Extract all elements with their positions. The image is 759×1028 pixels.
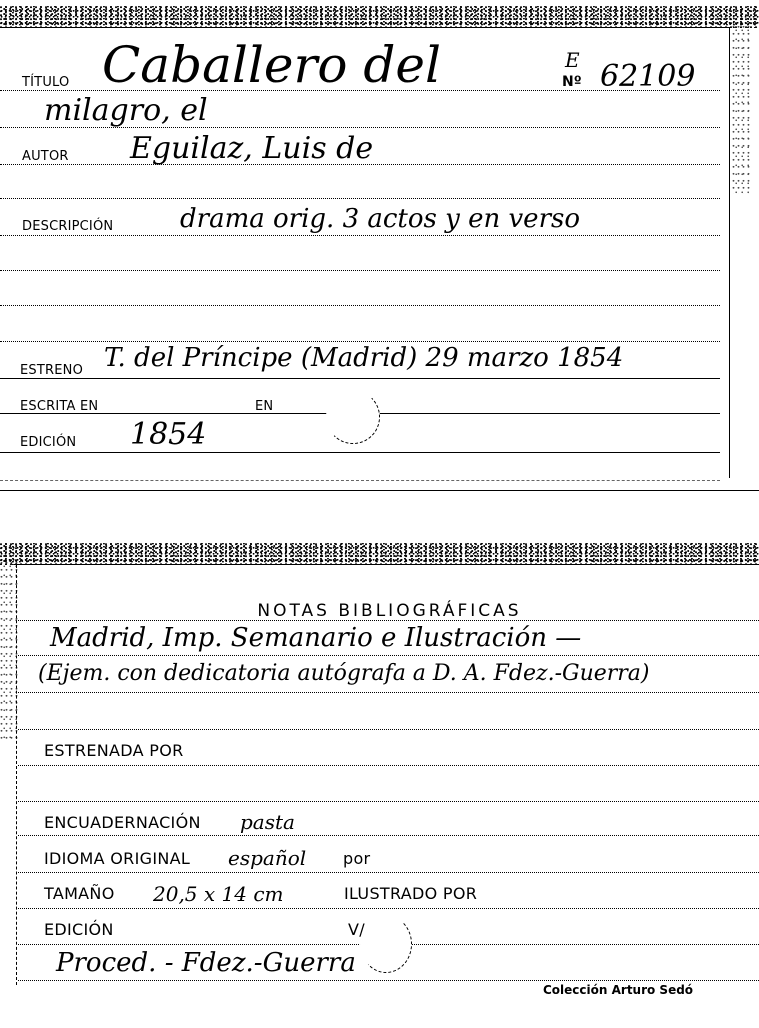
- encuadernacion-label: ENCUADERNACIÓN: [44, 815, 201, 831]
- catalog-number-value: 62109: [600, 62, 695, 92]
- en-label: EN: [255, 400, 273, 413]
- provenance-rule: [18, 980, 759, 981]
- card-left-border: [16, 565, 17, 985]
- escrita-en-label: ESCRITA EN: [20, 400, 98, 413]
- catalog-number-label: Nº: [562, 74, 582, 90]
- tamano-value: 20,5 x 14 cm: [153, 884, 284, 904]
- estreno-value: T. del Príncipe (Madrid) 29 marzo 1854: [104, 345, 623, 371]
- card-right-edge-texture: [732, 24, 750, 194]
- notes-rule: [18, 692, 759, 693]
- idioma-original-label: IDIOMA ORIGINAL: [44, 851, 190, 867]
- titulo-value-line2: milagro, el: [44, 96, 208, 126]
- edicion-back-label: EDICIÓN: [44, 922, 114, 938]
- ilustrado-por-label: ILUSTRADO POR: [344, 886, 477, 902]
- punch-hole: [326, 390, 380, 444]
- tamano-rule: [18, 908, 759, 909]
- blank-rule: [18, 801, 759, 802]
- autor-value: Eguilaz, Luis de: [130, 134, 373, 164]
- estrenada-por-rule: [18, 765, 759, 766]
- edicion-label: EDICIÓN: [20, 436, 76, 449]
- blank-rule: [0, 341, 720, 342]
- descripcion-value: drama orig. 3 actos y en verso: [180, 206, 580, 232]
- idioma-rule: [18, 872, 759, 873]
- blank-rule: [0, 270, 720, 271]
- edicion-value: 1854: [130, 420, 206, 450]
- notes-rule: [18, 655, 759, 656]
- notes-line2: (Ejem. con dedicatoria autógrafa a D. A.…: [38, 663, 650, 685]
- titulo-label: TÍTULO: [22, 76, 69, 89]
- estrenada-por-label: ESTRENADA POR: [44, 743, 184, 759]
- card-top-edge-texture: [0, 543, 759, 565]
- collection-credit: Colección Arturo Sedó: [543, 983, 693, 997]
- edicion-rule: [0, 452, 720, 453]
- descripcion-label: DESCRIPCIÓN: [22, 220, 113, 233]
- autor-label: AUTOR: [22, 150, 69, 163]
- blank-rule: [0, 305, 720, 306]
- idioma-original-value: español: [228, 848, 306, 868]
- card-top-edge-texture: [0, 6, 759, 28]
- por-label: por: [343, 851, 370, 867]
- catalog-prefix-letter: E: [565, 50, 580, 70]
- card-bottom-edge: [0, 480, 720, 481]
- notas-bibliograficas-heading: NOTAS BIBLIOGRÁFICAS: [0, 601, 759, 621]
- blank-rule: [0, 198, 720, 199]
- descripcion-rule: [0, 235, 720, 236]
- punch-hole: [360, 915, 412, 973]
- estreno-label: ESTRENO: [20, 364, 83, 377]
- card-right-border: [729, 28, 730, 478]
- encuadernacion-rule: [18, 835, 759, 836]
- estreno-rule: [0, 378, 720, 379]
- encuadernacion-value: pasta: [240, 812, 295, 832]
- notes-rule: [18, 729, 759, 730]
- titulo-value-line1: Caballero del: [102, 40, 441, 90]
- provenance-value: Proced. - Fdez.-Guerra: [56, 950, 356, 976]
- notes-rule: [18, 620, 759, 621]
- card-separator-line: [0, 490, 759, 491]
- notes-line1: Madrid, Imp. Semanario e Ilustración —: [50, 625, 581, 651]
- tamano-label: TAMAÑO: [44, 886, 115, 902]
